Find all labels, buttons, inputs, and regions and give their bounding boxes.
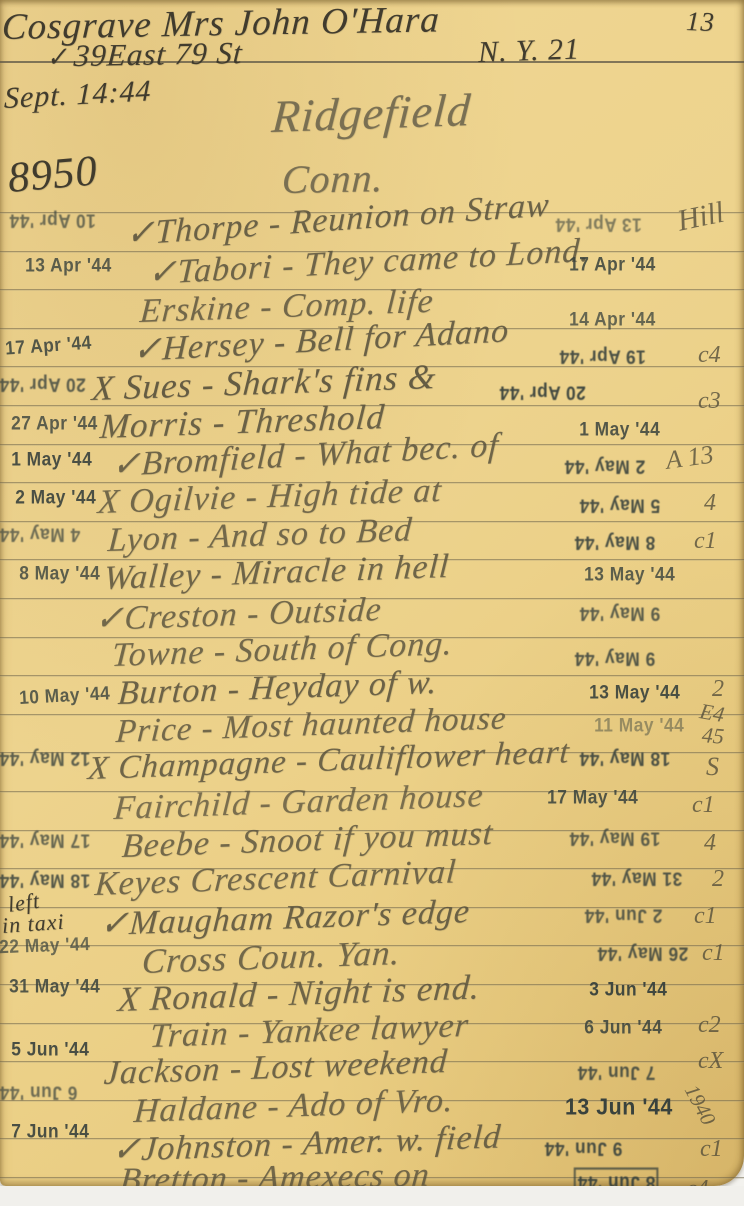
date-stamp: 13 Apr '44 xyxy=(25,255,112,277)
date-stamp: 19 Apr '44 xyxy=(559,345,646,367)
margin-annotation: 2 xyxy=(712,676,724,703)
margin-annotation: c3 xyxy=(698,388,721,415)
date-stamp: 27 Apr '44 xyxy=(11,413,98,435)
date-stamp: 22 May '44 xyxy=(0,933,91,959)
margin-annotation: c1 xyxy=(694,528,717,555)
margin-annotation: 4 xyxy=(704,490,716,517)
date-stamp: 17 May '44 xyxy=(0,829,90,851)
margin-annotation: 45 xyxy=(701,722,725,750)
header-date: Sept. 14:44 xyxy=(4,74,152,116)
margin-annotation: c1 xyxy=(702,940,725,967)
date-stamp: 18 May '44 xyxy=(579,747,670,769)
margin-annotation: c4 xyxy=(698,342,721,369)
date-stamp: 13 Apr '44 xyxy=(555,213,642,235)
date-stamp: 31 May '44 xyxy=(591,867,682,889)
date-stamp: 1 May '44 xyxy=(579,419,660,441)
patron-address: 39East 79 St xyxy=(73,35,244,74)
date-stamp: 6 Jun '44 xyxy=(584,1017,662,1039)
date-stamp: 19 May '44 xyxy=(569,827,660,849)
date-stamp: 11 May '44 xyxy=(594,715,684,737)
margin-annotation: 1940 xyxy=(679,1081,721,1130)
margin-annotation: c1 xyxy=(692,792,715,819)
date-stamp: 6 Jun '44 xyxy=(0,1081,77,1103)
date-stamp: 17 Apr '44 xyxy=(4,332,92,360)
date-stamp: 2 Jun '44 xyxy=(584,904,662,926)
margin-annotation: c1 xyxy=(694,903,717,930)
date-stamp: 7 Jun '44 xyxy=(11,1121,89,1143)
date-stamp: 14 Apr '44 xyxy=(569,309,656,331)
margin-annotation: 4 xyxy=(704,830,716,857)
date-stamp: 5 Jun '44 xyxy=(11,1039,89,1061)
date-stamp: 4 May '44 xyxy=(0,523,80,545)
margin-annotation: c1 xyxy=(700,1136,723,1163)
margin-annotation: c2 xyxy=(698,1012,721,1039)
date-stamp: 8 May '44 xyxy=(574,531,655,553)
margin-annotation: cX xyxy=(698,1048,723,1075)
date-stamp: 20 Apr '44 xyxy=(0,373,86,395)
town-name: Ridgefield xyxy=(270,83,473,143)
date-stamp: 13 Jun '44 xyxy=(565,1095,673,1122)
date-stamp: 12 May '44 xyxy=(0,747,90,769)
date-stamp: 13 May '44 xyxy=(584,564,675,586)
state-name: Conn. xyxy=(281,154,385,203)
date-stamp: 26 May '44 xyxy=(597,942,688,964)
date-stamp: 9 Jun '44 xyxy=(544,1137,622,1159)
date-stamp: 3 Jun '44 xyxy=(589,979,667,1001)
margin-annotation: S xyxy=(706,752,719,782)
date-stamp: 10 Apr '44 xyxy=(9,209,96,231)
date-stamp: 8 May '44 xyxy=(19,563,100,585)
page-number: 13 xyxy=(685,6,715,38)
patron-city: N. Y. 21 xyxy=(477,32,580,70)
date-stamp: 17 Apr '44 xyxy=(569,254,656,276)
scanner-background xyxy=(0,1186,744,1206)
date-stamp: 2 May '44 xyxy=(15,487,96,509)
date-stamp: 20 Apr '44 xyxy=(499,381,586,403)
date-stamp: 2 May '44 xyxy=(564,455,645,477)
date-stamp: 31 May '44 xyxy=(9,976,100,998)
date-stamp: 13 May '44 xyxy=(589,682,680,704)
date-stamp: 1 May '44 xyxy=(11,449,92,471)
margin-annotation: 2 xyxy=(712,866,724,893)
margin-annotation: A 13 xyxy=(664,439,716,475)
date-stamp: 5 May '44 xyxy=(579,494,660,516)
account-number: 8950 xyxy=(6,146,100,203)
date-stamp: 9 May '44 xyxy=(579,602,660,624)
margin-annotation: Hill xyxy=(674,196,727,239)
date-stamp: 10 May '44 xyxy=(19,682,111,709)
date-stamp: 7 Jun '44 xyxy=(577,1061,655,1083)
library-card: Cosgrave Mrs John O'Hara 13 ✓ 39East 79 … xyxy=(0,0,744,1186)
date-stamp: 18 May '44 xyxy=(0,869,90,891)
date-stamp: 9 May '44 xyxy=(574,647,655,669)
date-stamp: 17 May '44 xyxy=(547,787,638,809)
address-checkmark: ✓ xyxy=(44,42,70,74)
